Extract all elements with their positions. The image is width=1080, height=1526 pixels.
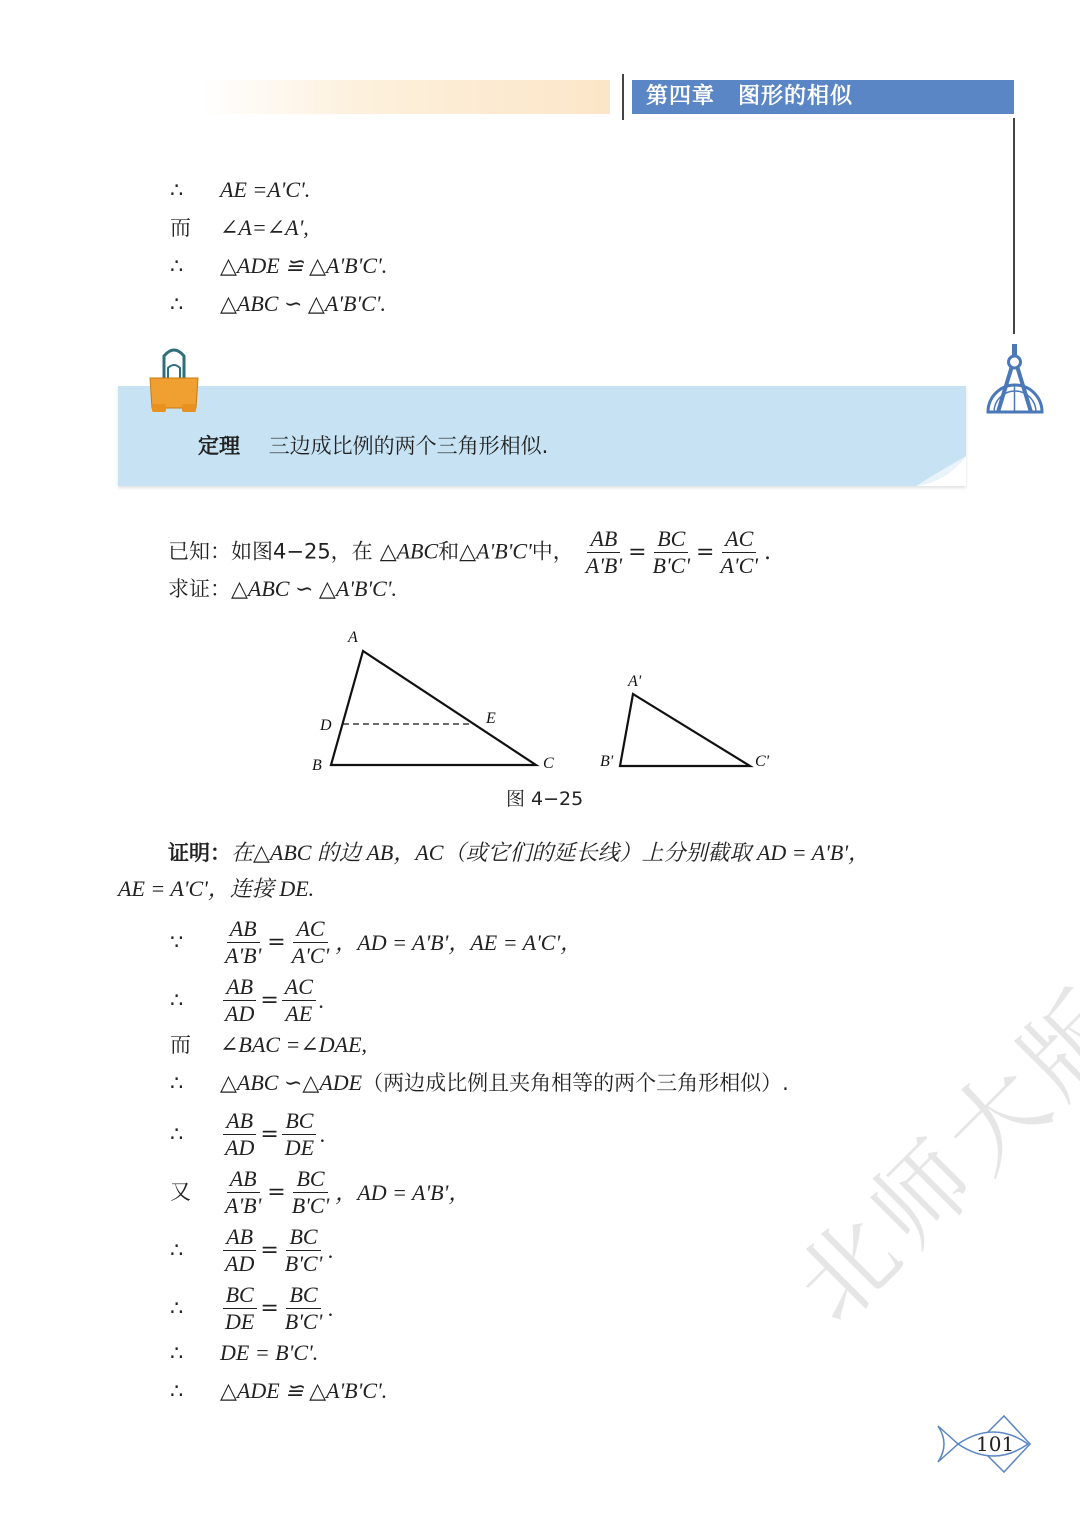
proof-step: ∴BCDE=BCB'C'. bbox=[170, 1282, 335, 1335]
proof-step: ∴△ADE ≌ △A'B'C'. bbox=[170, 1376, 387, 1407]
svg-text:B: B bbox=[312, 757, 322, 774]
proof-step: ∴DE = B'C'. bbox=[170, 1338, 318, 1369]
svg-text:C: C bbox=[543, 755, 554, 772]
theorem-statement: 定理 三边成比例的两个三角形相似. bbox=[198, 430, 548, 460]
page-number: 101 bbox=[976, 1432, 1014, 1456]
given-statement: 已知：如图4−25，在 △ABC和△A'B'C'中， ABA'B'=BCB'C'… bbox=[168, 526, 772, 579]
page-curl-icon bbox=[916, 456, 966, 486]
step-line: ∴AE =A'C'. bbox=[170, 175, 310, 206]
proof-step: 而∠BAC =∠DAE, bbox=[170, 1030, 367, 1061]
figure-4-25: A D E B C A' B' C' bbox=[300, 620, 800, 780]
margin-line bbox=[1013, 118, 1015, 334]
publisher-watermark: 北师大版 bbox=[760, 950, 1080, 1347]
prove-statement: 求证：△ABC ∽ △A'B'C'. bbox=[168, 574, 397, 605]
proof-intro: 证明：在△ABC 的边 AB，AC（或它们的延长线）上分别截取 AD = A'B… bbox=[168, 838, 870, 869]
svg-text:A': A' bbox=[627, 673, 642, 690]
header-decoration bbox=[200, 80, 610, 114]
proof-step: ∴ABAD=BCB'C'. bbox=[170, 1224, 335, 1277]
step-line: ∴△ADE ≌ △A'B'C'. bbox=[170, 251, 387, 282]
step-line: 而∠A=∠A', bbox=[170, 213, 309, 244]
step-line: ∴△ABC ∽ △A'B'C'. bbox=[170, 289, 386, 320]
fraction: ACA'C' bbox=[717, 526, 761, 579]
svg-text:C': C' bbox=[755, 753, 770, 770]
fraction: BCB'C' bbox=[650, 526, 694, 579]
proof-step: 又ABA'B'=BCB'C'，AD = A'B'， bbox=[170, 1166, 471, 1219]
svg-text:A: A bbox=[347, 629, 358, 646]
triangle-abc bbox=[331, 651, 536, 765]
svg-text:B': B' bbox=[600, 753, 614, 770]
compass-protractor-icon bbox=[984, 344, 1046, 416]
figure-caption: 图 4−25 bbox=[506, 784, 583, 814]
svg-text:D: D bbox=[319, 717, 332, 734]
header-divider bbox=[622, 74, 624, 120]
proof-step: ∴ABAD=BCDE. bbox=[170, 1108, 327, 1161]
proof-step: ∵ABA'B'=ACA'C'，AD = A'B'，AE = A'C'， bbox=[170, 916, 583, 969]
triangle-a-prime-b-prime-c-prime bbox=[620, 694, 750, 766]
proof-intro-cont: AE = A'C'，连接 DE. bbox=[118, 874, 314, 904]
proof-step: ∴ABAD=ACAE. bbox=[170, 974, 325, 1027]
fraction: ABA'B' bbox=[583, 526, 625, 579]
proof-step: ∴△ABC ∽△ADE（两边成比例且夹角相等的两个三角形相似）. bbox=[170, 1068, 789, 1099]
chapter-title: 第四章 图形的相似 bbox=[646, 82, 853, 112]
svg-text:E: E bbox=[485, 710, 496, 727]
binder-clip-icon bbox=[146, 348, 202, 416]
